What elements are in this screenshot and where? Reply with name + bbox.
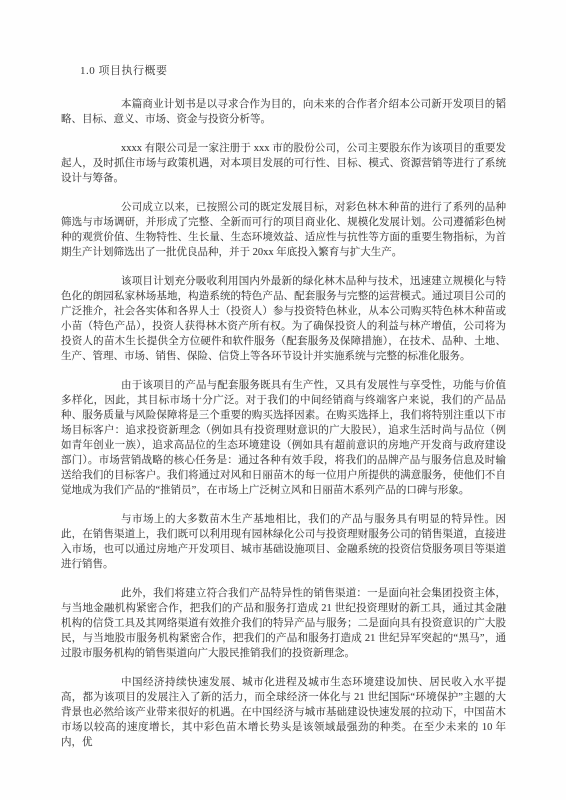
paragraph-project-model: 该项目计划充分吸收利用国内外最新的绿化林木品种与技术，迅速建立规模化与特色化的朗… [61,274,506,364]
paragraph-target-market: 由于该项目的产品与配套服务既具有生产性，又具有发展性与享受性，功能与价值多样化，… [61,378,506,498]
paragraph-market-outlook: 中国经济持续快速发展、城市化进程及城市生态环境建设加快、居民收入水平提高，都为该… [61,675,506,750]
paragraph-company: xxxx 有限公司是一家注册于 xxx 市的股份公司，公司主要股东作为该项目的重… [61,141,506,186]
paragraph-sales-channels: 与市场上的大多数苗木生产基地相比，我们的产品与服务具有明显的特异性。因此，在销售… [61,512,506,572]
section-heading: 1.0 项目执行概要 [80,64,506,78]
paragraph-intro: 本篇商业计划书是以寻求合作为目的，向未来的合作者介绍本公司新开发项目的韬略、目标… [61,97,506,127]
paragraph-development-plan: 公司成立以来，已按照公司的既定发展目标，对彩色林木种苗的进行了系列的品种筛选与市… [61,200,506,260]
document-content: 1.0 项目执行概要 本篇商业计划书是以寻求合作为目的，向未来的合作者介绍本公司… [61,64,506,750]
paragraph-special-channels: 此外，我们将建立符合我们产品特异性的销售渠道：一是面向社会集团投资主体，与当地金… [61,586,506,661]
document-page: 1.0 项目执行概要 本篇商业计划书是以寻求合作为目的，向未来的合作者介绍本公司… [0,0,566,800]
